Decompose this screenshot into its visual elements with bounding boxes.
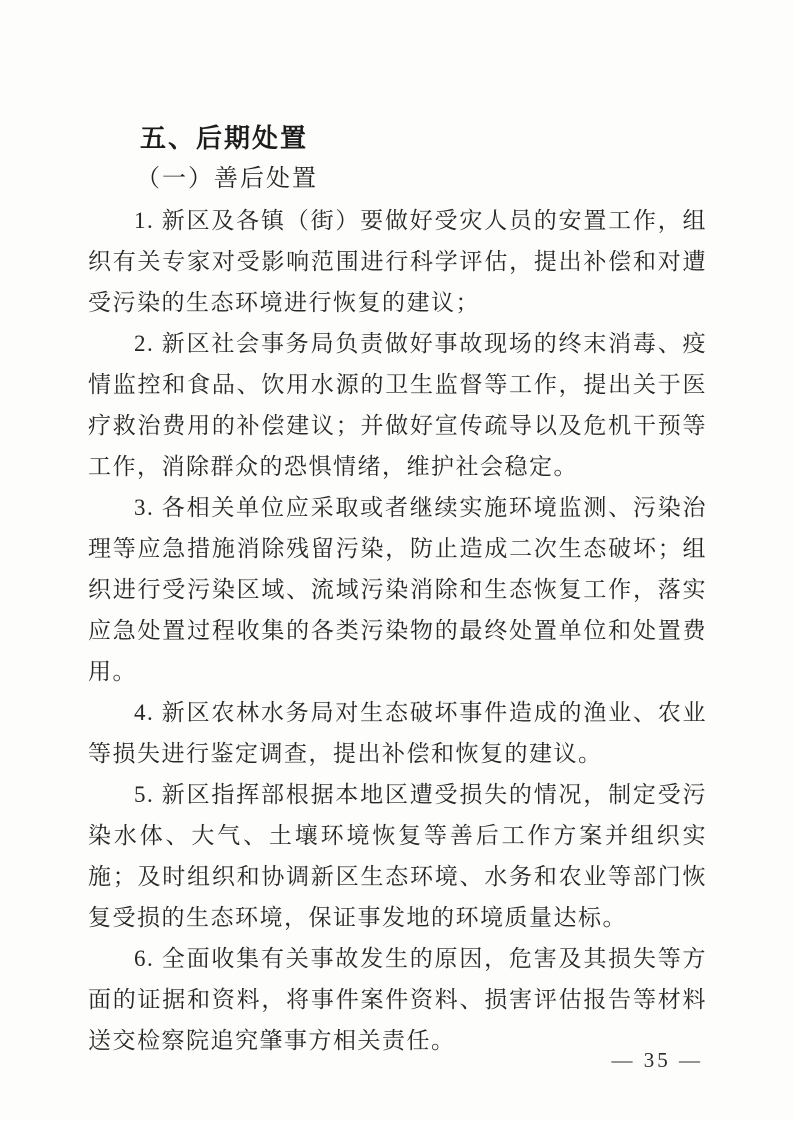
paragraph-4: 4. 新区农林水务局对生态破坏事件造成的渔业、农业等损失进行鉴定调查，提出补偿和… <box>88 692 707 774</box>
document-content: 五、后期处置 （一）善后处置 1. 新区及各镇（街）要做好受灾人员的安置工作，组… <box>88 118 707 1061</box>
section-heading: 五、后期处置 <box>88 118 707 159</box>
document-page: 五、后期处置 （一）善后处置 1. 新区及各镇（街）要做好受灾人员的安置工作，组… <box>0 0 793 1121</box>
subsection-heading: （一）善后处置 <box>88 159 707 200</box>
paragraph-5: 5. 新区指挥部根据本地区遭受损失的情况，制定受污染水体、大气、土壤环境恢复等善… <box>88 774 707 938</box>
paragraph-3: 3. 各相关单位应采取或者继续实施环境监测、污染治理等应急措施消除残留污染，防止… <box>88 487 707 692</box>
paragraph-6: 6. 全面收集有关事故发生的原因，危害及其损失等方面的证据和资料，将事件案件资料… <box>88 938 707 1061</box>
page-number: — 35 — <box>612 1048 704 1073</box>
paragraph-1: 1. 新区及各镇（街）要做好受灾人员的安置工作，组织有关专家对受影响范围进行科学… <box>88 200 707 323</box>
paragraph-2: 2. 新区社会事务局负责做好事故现场的终末消毒、疫情监控和食品、饮用水源的卫生监… <box>88 323 707 487</box>
